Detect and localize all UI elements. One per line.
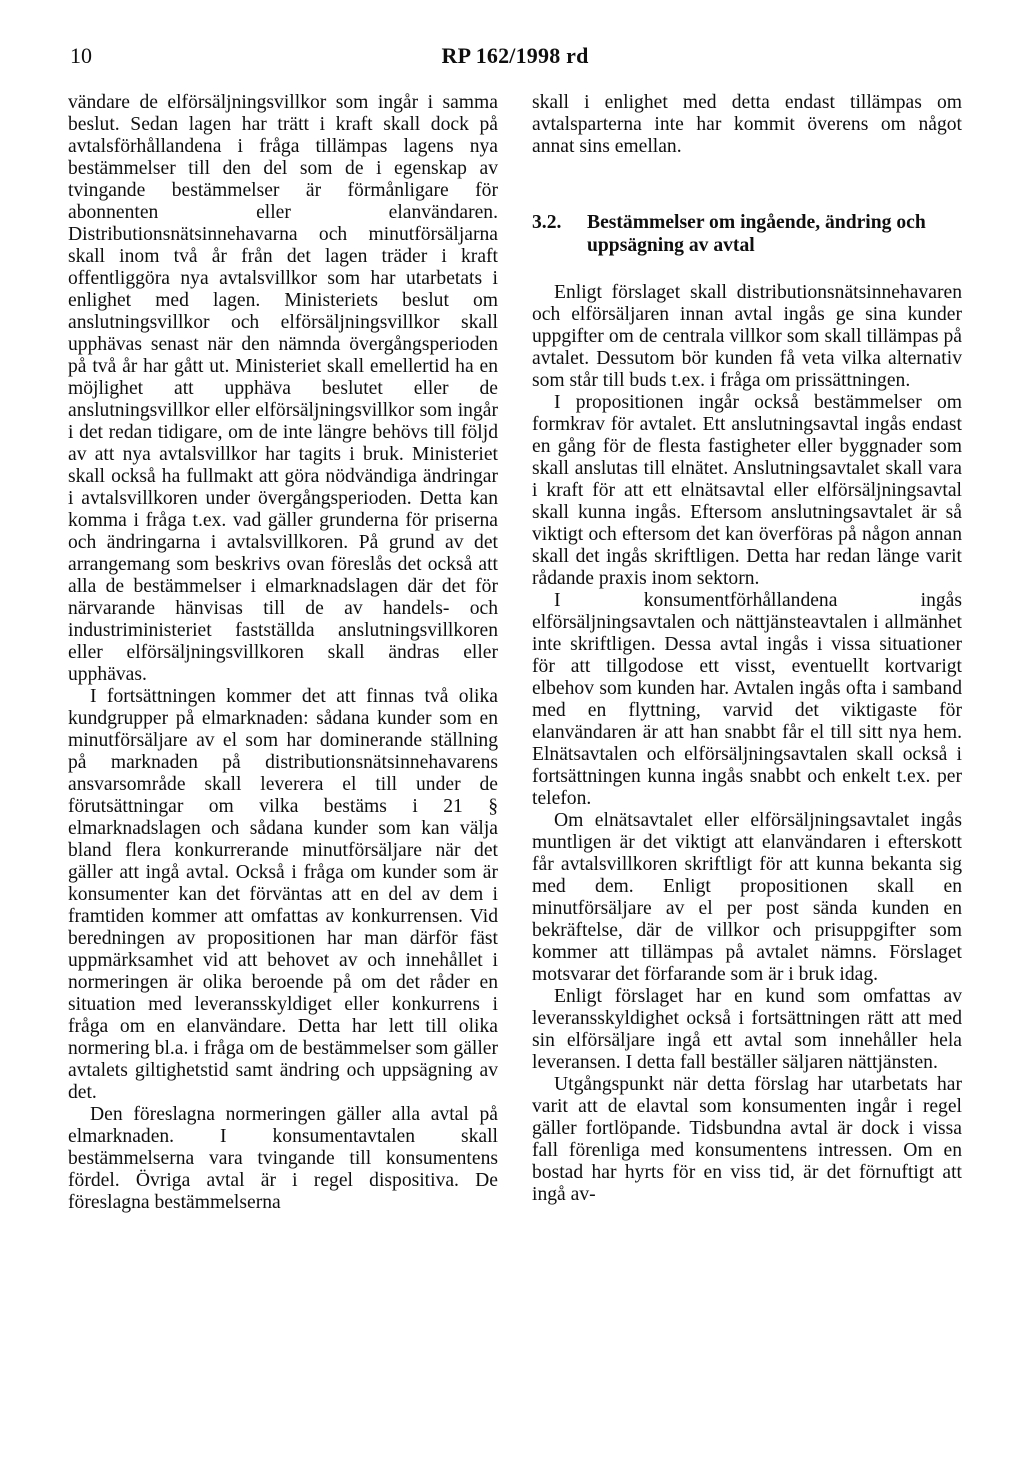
paragraph: Om elnätsavtalet eller elförsäljningsavt… bbox=[532, 810, 962, 986]
right-column: skall i enlighet med detta endast tilläm… bbox=[532, 92, 962, 1214]
paragraph: Enligt förslaget skall distributionsnäts… bbox=[532, 282, 962, 392]
paragraph: Utgångspunkt när detta förslag har utarb… bbox=[532, 1074, 962, 1206]
section-heading: 3.2. Bestämmelser om ingående, ändring o… bbox=[532, 211, 962, 257]
paragraph: vändare de elförsäljningsvillkor som ing… bbox=[68, 92, 498, 686]
page-header: 10 RP 162/1998 rd bbox=[68, 42, 962, 70]
text-columns: vändare de elförsäljningsvillkor som ing… bbox=[68, 92, 962, 1214]
paragraph: I konsumentförhållandena ingås elförsälj… bbox=[532, 590, 962, 810]
paragraph: Enligt förslaget har en kund som omfatta… bbox=[532, 986, 962, 1074]
left-column: vändare de elförsäljningsvillkor som ing… bbox=[68, 92, 498, 1214]
paragraph: skall i enlighet med detta endast tilläm… bbox=[532, 92, 962, 158]
right-column-body: Enligt förslaget skall distributionsnäts… bbox=[532, 282, 962, 1206]
section-title: Bestämmelser om ingående, ändring och up… bbox=[587, 211, 962, 257]
section-number: 3.2. bbox=[532, 211, 587, 257]
paragraph: I fortsättningen kommer det att finnas t… bbox=[68, 686, 498, 1104]
document-page: 10 RP 162/1998 rd vändare de elförsäljni… bbox=[0, 0, 1024, 1466]
right-column-intro: skall i enlighet med detta endast tilläm… bbox=[532, 92, 962, 158]
paragraph: I propositionen ingår också bestämmelser… bbox=[532, 392, 962, 590]
paragraph: Den föreslagna normeringen gäller alla a… bbox=[68, 1104, 498, 1214]
document-reference: RP 162/1998 rd bbox=[68, 42, 962, 70]
